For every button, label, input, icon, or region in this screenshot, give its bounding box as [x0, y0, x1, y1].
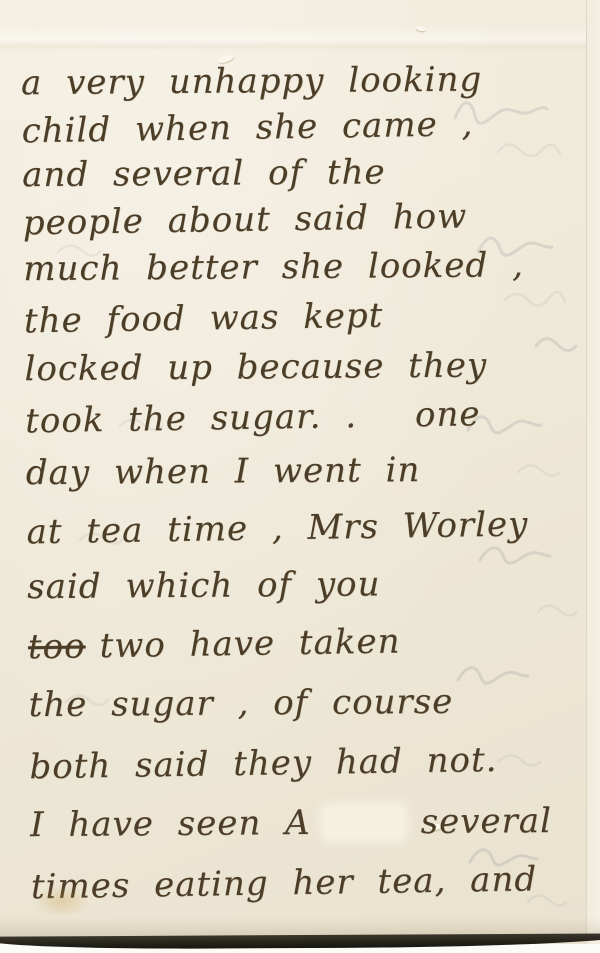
handwritten-text-segment: people about said how	[22, 196, 467, 243]
handwritten-text-segment: at tea time , Mrs Worley	[26, 504, 528, 552]
handwritten-line: the sugar , of course	[28, 671, 578, 735]
handwritten-line: people about said how	[22, 192, 573, 247]
handwritten-line: at tea time , Mrs Worley	[26, 495, 577, 561]
handwritten-text-segment: said which of you	[27, 564, 381, 607]
handwritten-line: a very unhappy looking	[21, 56, 571, 106]
handwritten-line: times eating her tea, and	[30, 849, 581, 918]
handwritten-text-segment: I have seen A	[30, 803, 311, 845]
page-right-edge	[586, 0, 600, 953]
handwritten-text-segment: child when she came ,	[21, 104, 473, 151]
handwritten-text-segment: the food was kept	[24, 296, 384, 342]
handwritten-line: locked up because they	[24, 340, 574, 394]
handwritten-line: took the sugar. . one	[25, 388, 576, 447]
handwritten-text-segment: two have taken	[99, 621, 400, 666]
handwritten-line: I have seen A several	[30, 791, 580, 855]
letter-page: a very unhappy looking child when she ca…	[0, 0, 600, 953]
handwritten-text-segment: day when I went in	[26, 450, 421, 493]
redacted-name-patch	[325, 807, 403, 838]
handwritten-text-segment: and several of the	[22, 152, 386, 195]
handwritten-text-segment: one	[415, 394, 481, 435]
handwriting-gap	[357, 415, 415, 416]
handwritten-line: too two have taken	[27, 609, 578, 678]
handwritten-line: said which of you	[27, 554, 577, 615]
handwritten-text-segment: took the sugar. .	[25, 396, 357, 441]
paper-fold-crease	[0, 26, 600, 52]
handwritten-text-segment: both said they had not.	[29, 740, 498, 787]
handwritten-text-segment: several	[420, 801, 552, 842]
handwritten-text-segment: the sugar , of course	[29, 682, 454, 725]
paper-crease-speck	[416, 25, 427, 32]
handwritten-text-segment: locked up because they	[24, 346, 487, 390]
handwritten-line: much better she looked ,	[23, 240, 573, 294]
handwritten-line: child when she came ,	[21, 100, 572, 155]
handwritten-text-segment: times eating her tea, and	[31, 859, 538, 907]
handwritten-line: both said they had not.	[29, 729, 580, 798]
handwritten-line: the food was kept	[24, 288, 575, 347]
handwritten-line: day when I went in	[26, 440, 576, 501]
handwritten-text-segment: much better she looked ,	[23, 245, 524, 289]
letter-body: a very unhappy looking child when she ca…	[21, 55, 581, 917]
handwritten-text-segment: a very unhappy looking	[21, 60, 482, 104]
struck-word: too	[28, 626, 86, 667]
handwritten-line: and several of the	[22, 148, 572, 198]
